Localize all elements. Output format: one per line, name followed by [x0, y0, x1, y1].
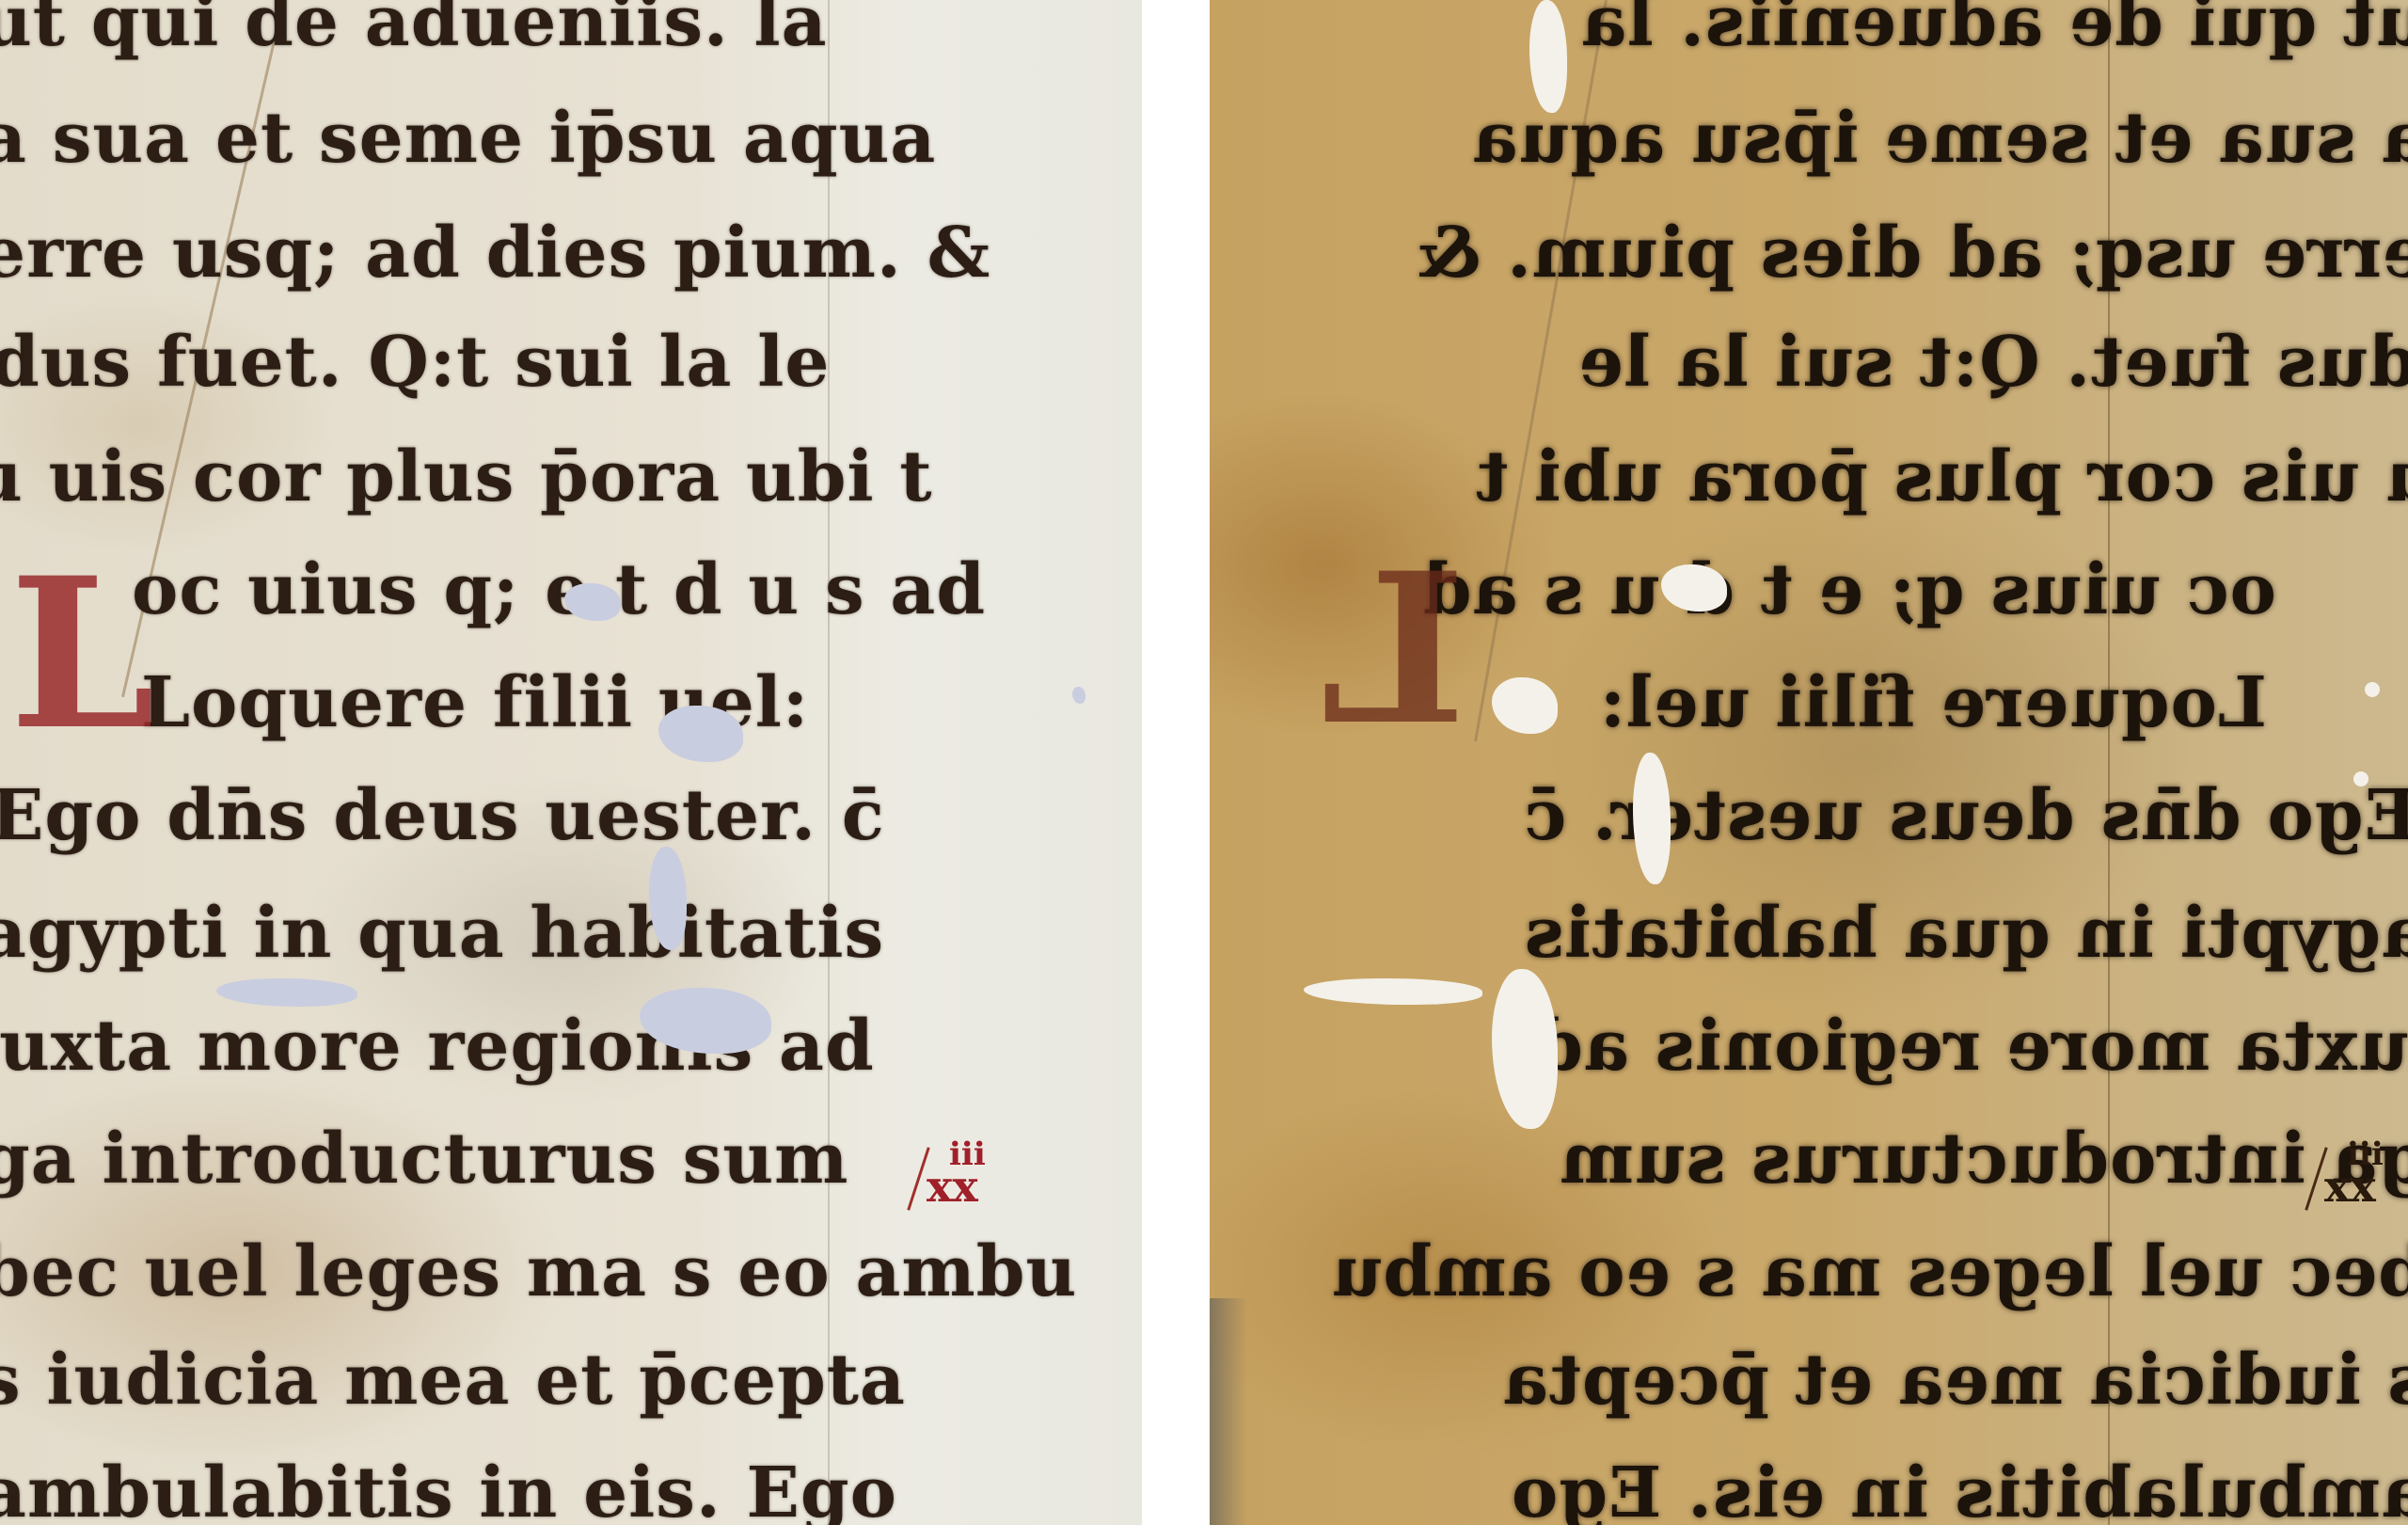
rubric-initial-l: L	[1321, 546, 1466, 753]
text-line: dus fuet. Q:t sui la le	[1578, 327, 2408, 397]
manuscript-panel-right: ut qui de adueniis. la a sua et seme ip̄…	[1210, 0, 2408, 1525]
text-line: ambulabitis in eis. Ego	[0, 1458, 897, 1525]
text-line: ut qui de adueniis. la	[1580, 0, 2408, 56]
text-line: agypti in qua habitatis	[1524, 898, 2408, 968]
text-line: s iudicia mea et p̄cepta	[1502, 1345, 2408, 1415]
text-line: a sua et seme ip̄su aqua	[1472, 103, 2408, 173]
marginal-chapter-numeral: iii xx	[2324, 1138, 2384, 1208]
parchment-loss	[1072, 687, 1085, 704]
text-line: s iudicia mea et p̄cepta	[0, 1345, 906, 1415]
text-line: u uis cor plus p̄ora ubi t	[1475, 442, 2408, 512]
text-line: erre usq; ad dies pium. &	[1418, 218, 2408, 288]
text-line: Ego dn̄s deus uester. c̄	[0, 781, 885, 850]
text-line: ga introducturus sum	[0, 1124, 848, 1194]
text-line: oc uius q; e t d u s ad	[1422, 555, 2276, 625]
text-line: u uis cor plus p̄ora ubi t	[0, 442, 933, 512]
text-line: erre usq; ad dies pium. &	[0, 218, 990, 288]
parchment-loss	[2365, 682, 2380, 697]
text-line: ut qui de adueniis. la	[0, 0, 828, 56]
text-line: dus fuet. Q:t sui la le	[0, 327, 830, 397]
numeral-base: xx	[927, 1161, 978, 1212]
numeral-base: xx	[2324, 1161, 2376, 1212]
text-line: Loquere filii uel:	[1599, 668, 2267, 738]
text-line: bec uel leges ma s eo ambu	[1331, 1237, 2408, 1307]
text-line: ga introducturus sum	[1560, 1124, 2408, 1194]
text-line: iuxta more regionis ad	[1533, 1011, 2408, 1081]
parchment-loss	[2353, 771, 2368, 786]
rubric-initial-l: L	[9, 550, 155, 757]
text-line: agypti in qua habitatis	[0, 898, 884, 968]
manuscript-text: ut qui de adueniis. la a sua et seme ip̄…	[0, 0, 1142, 1525]
manuscript-panel-left: ut qui de adueniis. la a sua et seme ip̄…	[0, 0, 1142, 1525]
marginal-chapter-numeral: iii xx	[927, 1138, 986, 1208]
text-line: bec uel leges ma s eo ambu	[0, 1237, 1077, 1307]
text-line: oc uius q; e t d u s ad	[132, 555, 986, 625]
page-edge-shadow	[1210, 1298, 1247, 1525]
text-line: ambulabitis in eis. Ego	[1511, 1458, 2408, 1525]
text-line: a sua et seme ip̄su aqua	[0, 103, 936, 173]
